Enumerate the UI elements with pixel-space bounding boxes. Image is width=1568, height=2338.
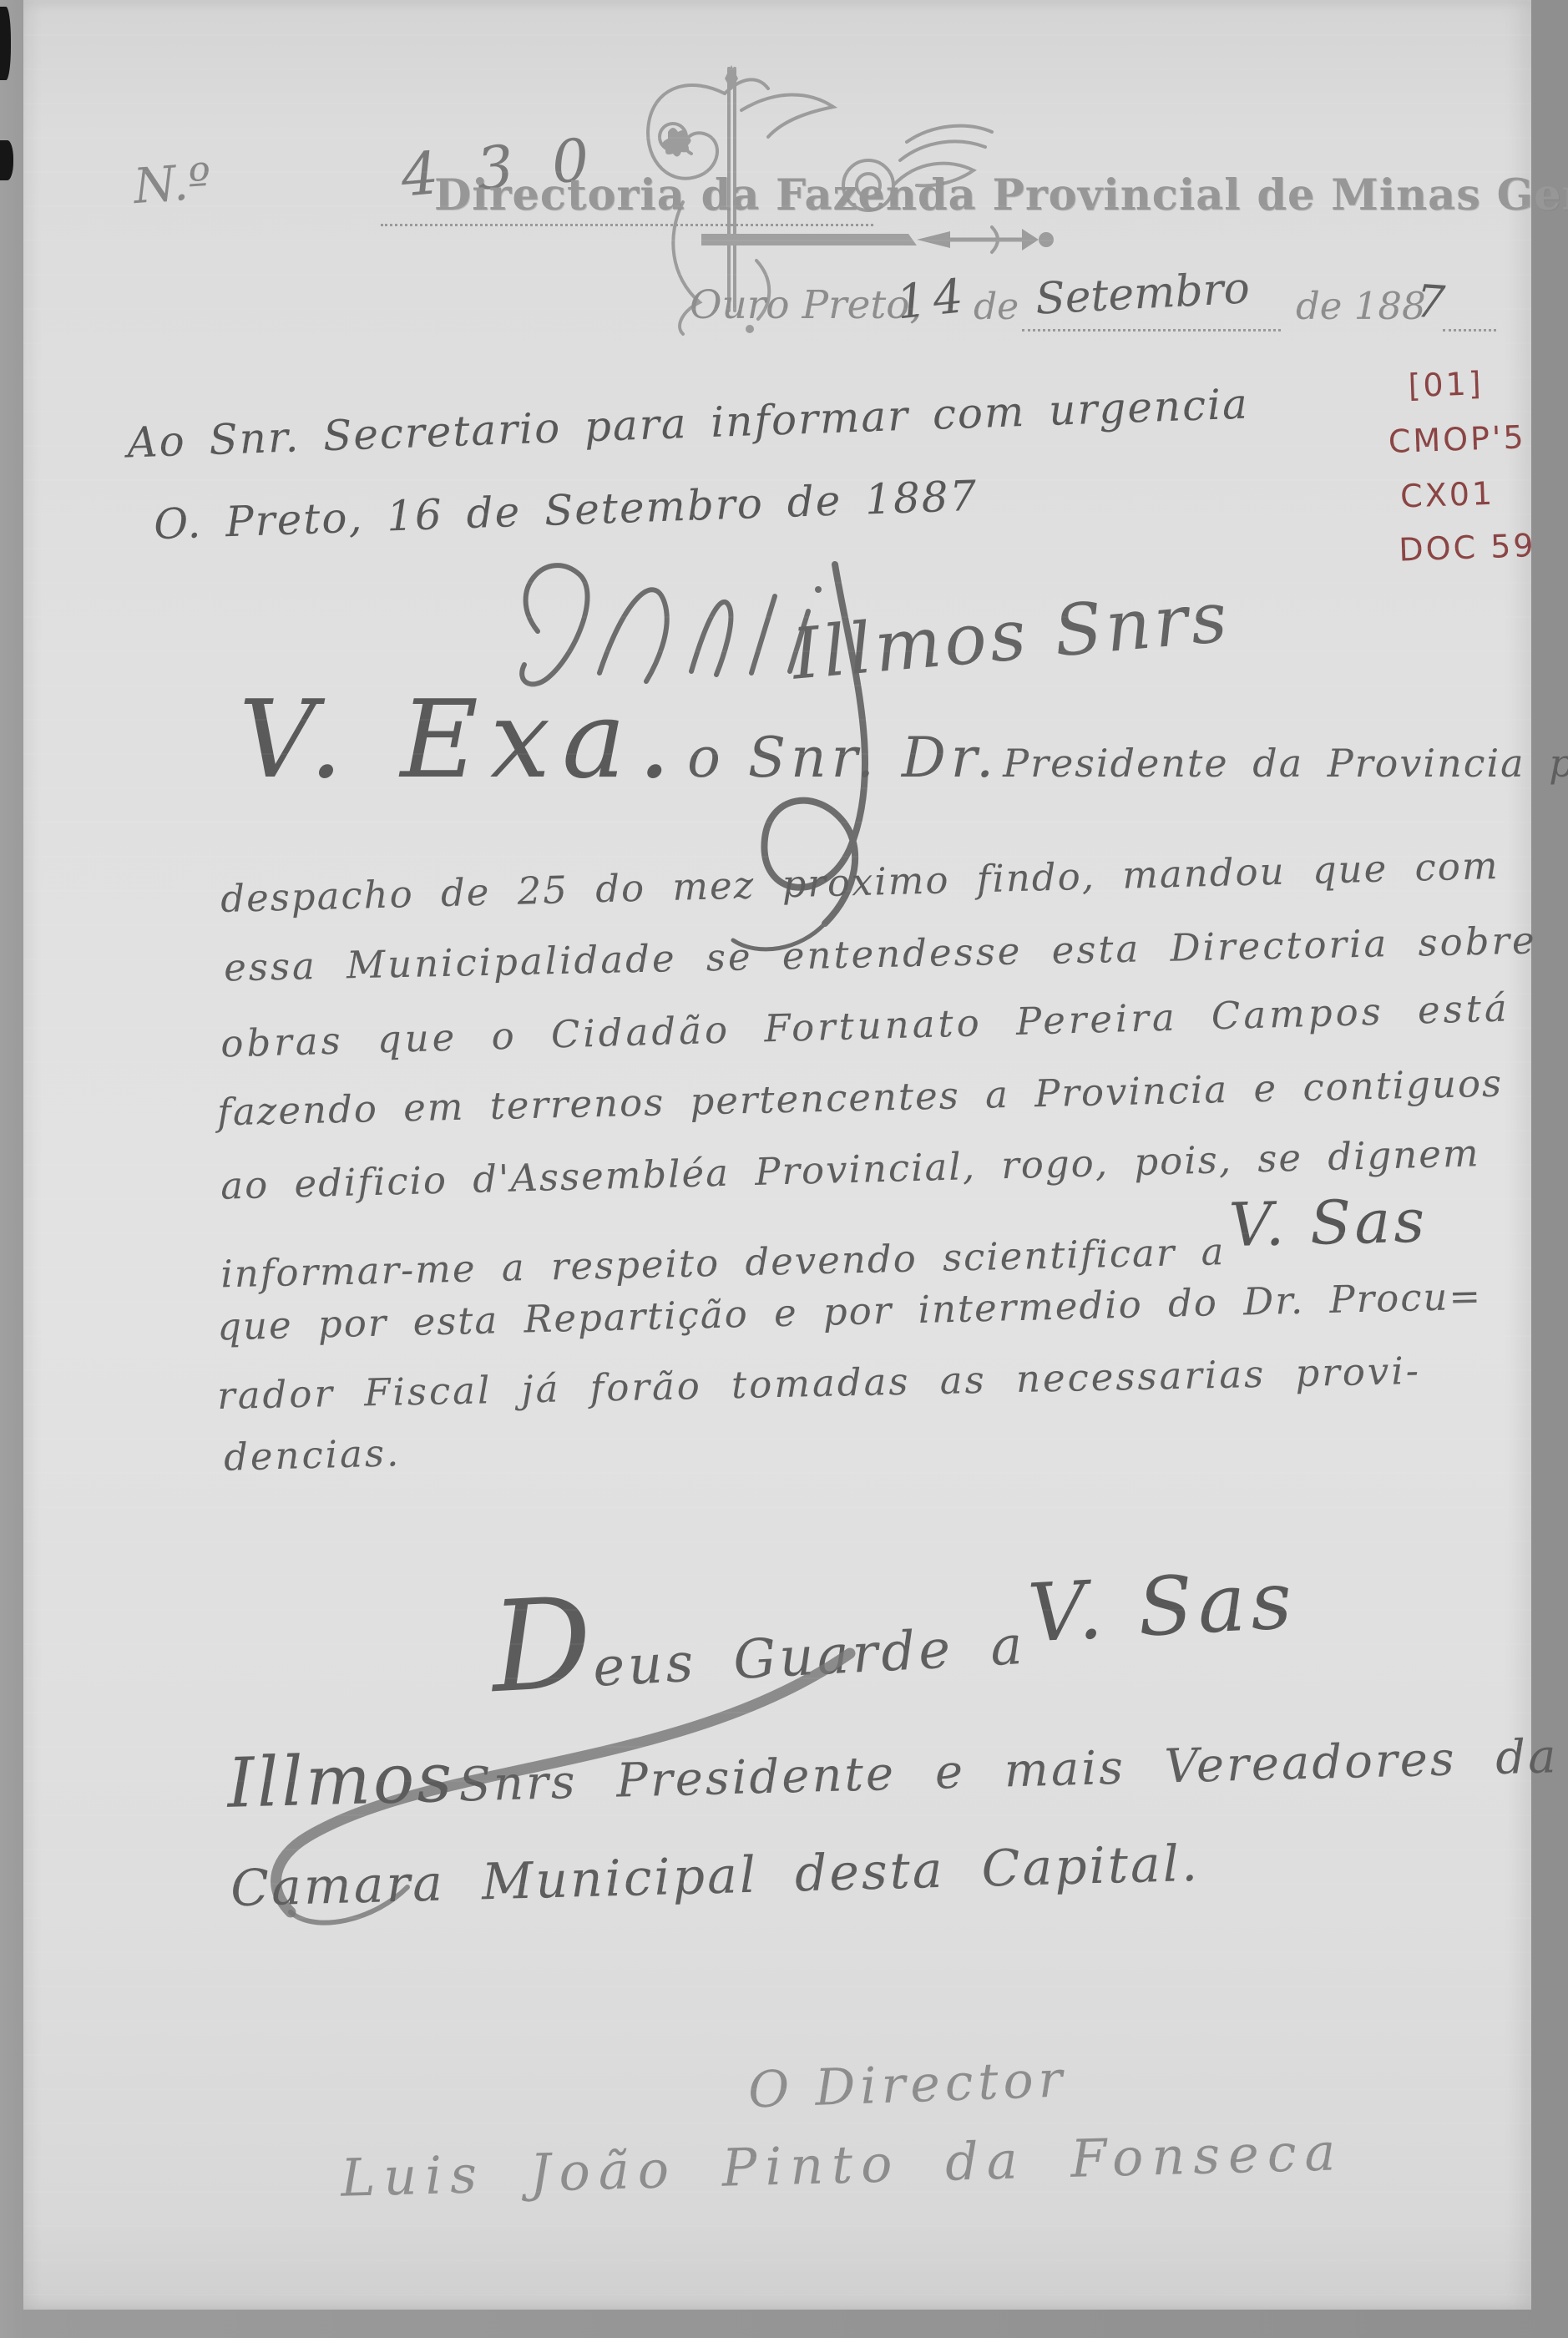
opening-mid: o Snr. Dr. xyxy=(687,726,999,790)
date-month-dotted-line xyxy=(1022,329,1281,331)
opening-large: V. Exa. xyxy=(239,678,683,802)
date-de1: de xyxy=(974,286,1019,328)
archive-stamp-line: [01] xyxy=(1408,363,1531,404)
scanner-edge-mark xyxy=(0,7,11,80)
body-line: fazendo em terrenos pertencentes a Provi… xyxy=(217,1061,1504,1135)
scanner-edge-mark xyxy=(0,140,13,180)
date-tail-dotted-line xyxy=(1443,329,1496,331)
signature-role: O Director xyxy=(747,2050,1068,2119)
dispatch-note-line1: Ao Snr. Secretario para informar com urg… xyxy=(126,380,1249,468)
date-month: Setembro xyxy=(1034,263,1252,324)
addressee-rest: Snrs Presidente e mais Vereadores da xyxy=(458,1729,1560,1812)
archive-stamp-line: CX01 xyxy=(1399,473,1535,515)
archive-stamp-line: CMOP'5 xyxy=(1388,418,1533,460)
date-day: 14 xyxy=(894,269,973,331)
body-line: dencias. xyxy=(223,1430,402,1480)
body-vsas: V. Sas xyxy=(1228,1186,1429,1260)
archive-stamp-line: DOC 59 xyxy=(1399,527,1537,569)
date-year-digit: 7 xyxy=(1414,275,1447,329)
letter-page: N.º 430 Directoria da Fazenda Provincial… xyxy=(23,0,1531,2310)
body-line: rador Fiscal já forão tomadas as necessa… xyxy=(217,1349,1422,1418)
valediction-vsas: V. Sas xyxy=(1026,1553,1299,1661)
date-place: Ouro Preto, xyxy=(690,282,923,328)
opening-rest: Presidente da Provincia por xyxy=(1003,741,1568,786)
signature-name: Luis João Pinto da Fonseca xyxy=(340,2121,1344,2208)
scanned-document: N.º 430 Directoria da Fazenda Provincial… xyxy=(0,0,1568,2338)
body-opening-line: V. Exa. o Snr. Dr. Presidente da Provinc… xyxy=(239,678,1568,802)
doc-number-label: N.º xyxy=(132,153,213,215)
addressee-illmos: Illmos xyxy=(226,1738,455,1824)
doc-number-dotted-line xyxy=(381,224,873,226)
archive-stamps: [01] CMOP'5 CX01 DOC 59 xyxy=(1386,363,1536,569)
date-de2: de 188 xyxy=(1296,284,1426,328)
letterhead-title: Directoria da Fazenda Provincial de Mina… xyxy=(434,170,1568,220)
